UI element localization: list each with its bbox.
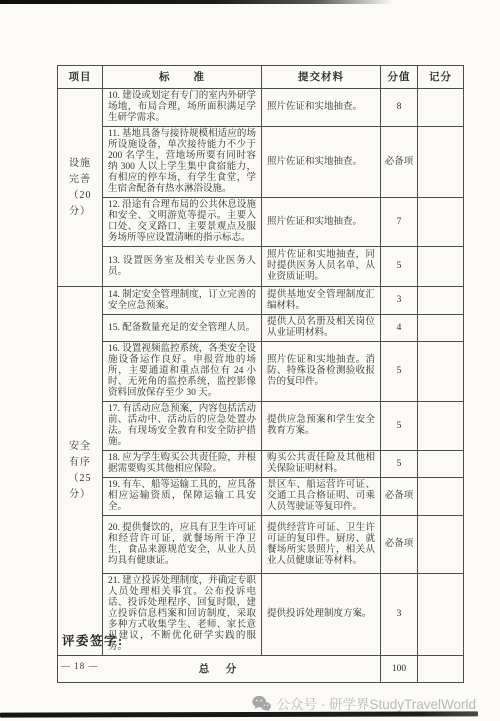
- table-row: 16. 设置视频监控系统，各类安全设施设备运作良好。申报营地的场所，主要通道和重…: [58, 342, 464, 402]
- record-cell: [418, 574, 464, 656]
- evaluation-score-table: 项目 标 准 提交材料 分值 记分 设施 完善 （20 分） 10. 建设或划定…: [57, 65, 464, 683]
- material-cell: 购买公共责任险及其他相关保险证明材料。: [262, 451, 381, 478]
- header-standard: 标 准: [103, 66, 262, 89]
- standard-cell: 16. 设置视频监控系统，各类安全设施设备运作良好。申报营地的场所，主要通道和重…: [103, 342, 262, 402]
- record-cell: [418, 451, 464, 478]
- table-row: 19. 有车、船等运输工具的，应具备相应运输资质，保障运输工具安全。 景区车、船…: [58, 478, 464, 516]
- table-row: 15. 配备数量充足的安全管理人员。 提供人员名册及相关岗位从业证明材料。 4: [58, 315, 464, 342]
- material-cell: 提供经营许可证、卫生许可证的复印件。厨房、就餐场所实景照片，相关从业人员健康证等…: [262, 516, 381, 574]
- header-score: 分值: [381, 66, 418, 89]
- material-cell: 照片佐证和实地抽查。: [262, 89, 381, 127]
- score-cell: 7: [381, 198, 418, 247]
- material-cell: 提供应急预案和学生安全教育方案。: [262, 402, 381, 451]
- standard-cell: 11. 基地具备与接待规模相适应的场所设施设备，单次接待能力不少于 200 名学…: [103, 127, 262, 198]
- score-cell: 5: [381, 342, 418, 402]
- record-cell: [418, 315, 464, 342]
- record-cell: [418, 198, 464, 247]
- material-cell: 景区车、船运营许可证、交通工具合格证明、司乘人员驾驶证等复印件。: [262, 478, 381, 516]
- material-cell: 提供人员名册及相关岗位从业证明材料。: [262, 315, 381, 342]
- material-cell: 照片佐证和实地抽查。消防、特殊设备检测验收报告的复印件。: [262, 342, 381, 402]
- standard-cell: 17. 有活动应急预案，内容包括活动前、活动中、活动后的应急处置办法。有现场安全…: [103, 402, 262, 451]
- record-cell: [418, 247, 464, 287]
- header-record: 记分: [418, 66, 464, 89]
- score-cell: 5: [381, 402, 418, 451]
- record-cell: [418, 516, 464, 574]
- table-header-row: 项目 标 准 提交材料 分值 记分: [58, 66, 464, 89]
- table-row: 设施 完善 （20 分） 10. 建设或划定有专门的室内外研学场地，布局合理，场…: [58, 89, 464, 127]
- watermark-text: 公众号 · 研学界StudyTravelWorld: [276, 693, 476, 713]
- group-label-safety: 安全 有序 （25 分）: [58, 287, 103, 656]
- table-row: 13. 设置医务室及相关专业医务人员。 照片佐证和实地抽查，同时提供医务人员名单…: [58, 247, 464, 287]
- material-cell: 提供投诉处理制度方案。: [262, 574, 381, 656]
- scan-bottom-edge: [0, 711, 478, 717]
- score-cell: 3: [381, 287, 418, 315]
- header-material: 提交材料: [262, 66, 381, 89]
- record-cell: [418, 478, 464, 516]
- group-label-facilities: 设施 完善 （20 分）: [58, 89, 103, 287]
- record-cell: [418, 89, 464, 127]
- table-row: 11. 基地具备与接待规模相适应的场所设施设备，单次接待能力不少于 200 名学…: [58, 127, 464, 198]
- standard-cell: 10. 建设或划定有专门的室内外研学场地，布局合理，场所面积满足学生研学需求。: [103, 89, 262, 127]
- table-row: 18. 应为学生购买公共责任险，并根据需要购买其他相应保险。 购买公共责任险及其…: [58, 451, 464, 478]
- record-cell: [418, 656, 464, 683]
- header-item: 项目: [58, 66, 103, 89]
- standard-cell: 13. 设置医务室及相关专业医务人员。: [103, 247, 262, 287]
- score-cell: 必备项: [381, 127, 418, 198]
- total-label: 总 分: [58, 656, 381, 683]
- material-cell: 提供基地安全管理制度汇编材料。: [262, 287, 381, 315]
- table-row: 17. 有活动应急预案，内容包括活动前、活动中、活动后的应急处置办法。有现场安全…: [58, 402, 464, 451]
- record-cell: [418, 127, 464, 198]
- standard-cell: 12. 沿途有合理布局的公共休息设施和安全、文明游览等提示。主要入口处、交叉路口…: [103, 198, 262, 247]
- scan-top-edge: [0, 0, 393, 4]
- judge-signature-label: 评委签字:: [62, 631, 124, 649]
- standard-cell: 19. 有车、船等运输工具的，应具备相应运输资质，保障运输工具安全。: [103, 478, 262, 516]
- scanned-document-page: 项目 标 准 提交材料 分值 记分 设施 完善 （20 分） 10. 建设或划定…: [0, 0, 500, 721]
- score-cell: 3: [381, 574, 418, 656]
- watermark: 公众号 · 研学界StudyTravelWorld: [252, 693, 476, 713]
- table-row: 12. 沿途有合理布局的公共休息设施和安全、文明游览等提示。主要入口处、交叉路口…: [58, 198, 464, 247]
- standard-cell: 21. 建立投诉处理制度，并确定专职人员处理相关事宜。公布投诉电话、投诉处理程序…: [103, 574, 262, 656]
- score-cell: 8: [381, 89, 418, 127]
- score-cell: 5: [381, 451, 418, 478]
- score-cell: 必备项: [381, 516, 418, 574]
- record-cell: [418, 287, 464, 315]
- record-cell: [418, 342, 464, 402]
- material-cell: 照片佐证和实地抽查。: [262, 198, 381, 247]
- score-cell: 必备项: [381, 478, 418, 516]
- total-row: 总 分 100: [58, 656, 464, 683]
- wechat-icon: [252, 695, 271, 712]
- score-cell: 4: [381, 315, 418, 342]
- page-number: — 18 —: [61, 661, 99, 671]
- standard-cell: 14. 制定安全管理制度，订立完善的安全应急预案。: [103, 287, 262, 315]
- total-score: 100: [381, 656, 418, 683]
- standard-cell: 20. 提供餐饮的，应具有卫生许可证和经营许可证，就餐场所干净卫生，食品来源规范…: [103, 516, 262, 574]
- table-row: 20. 提供餐饮的，应具有卫生许可证和经营许可证，就餐场所干净卫生，食品来源规范…: [58, 516, 464, 574]
- record-cell: [418, 402, 464, 451]
- standard-cell: 18. 应为学生购买公共责任险，并根据需要购买其他相应保险。: [103, 451, 262, 478]
- score-cell: 5: [381, 247, 418, 287]
- material-cell: 照片佐证和实地抽查。: [262, 127, 381, 198]
- table-row: 安全 有序 （25 分） 14. 制定安全管理制度，订立完善的安全应急预案。 提…: [58, 287, 464, 315]
- standard-cell: 15. 配备数量充足的安全管理人员。: [103, 315, 262, 342]
- material-cell: 照片佐证和实地抽查，同时提供医务人员名单，从业资质证明。: [262, 247, 381, 287]
